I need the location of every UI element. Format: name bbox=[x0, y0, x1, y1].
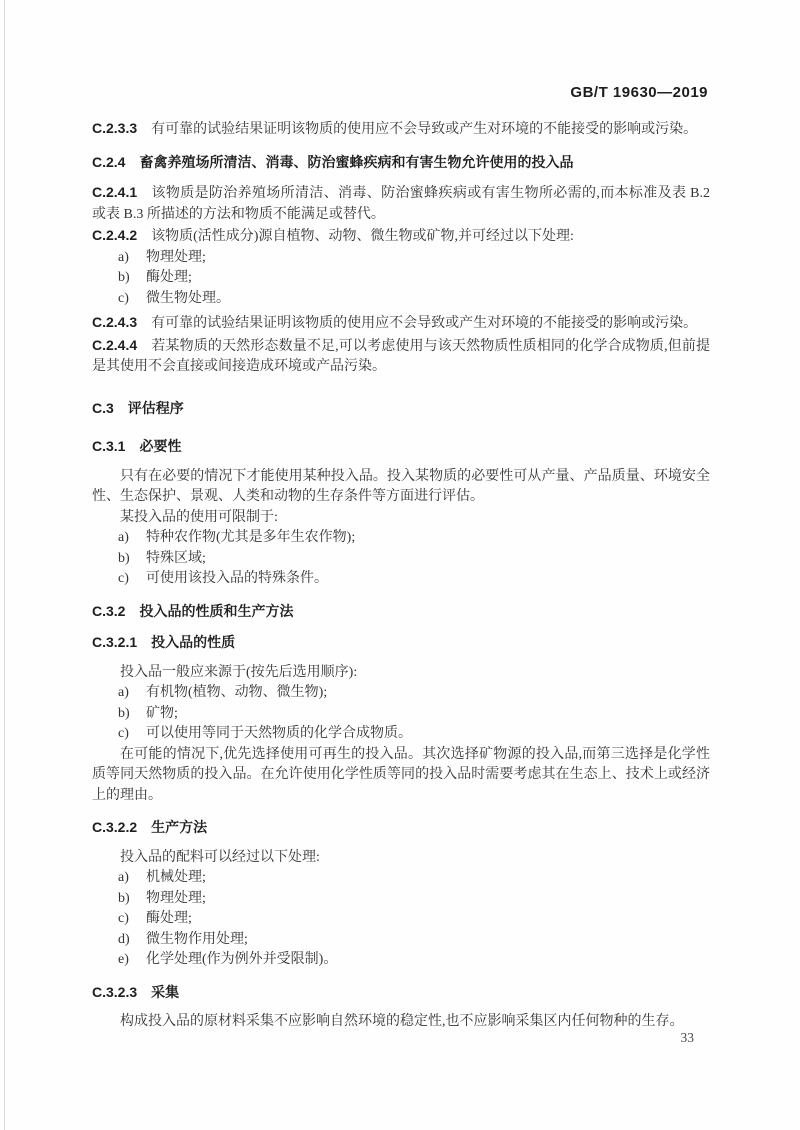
list-item: c)酶处理; bbox=[92, 909, 710, 930]
section-heading-c.3.1: C.3.1必要性 bbox=[92, 436, 710, 457]
list-item: c)可以使用等同于天然物质的化学合成物质。 bbox=[92, 724, 710, 745]
clause-number: C.2.4.4 bbox=[92, 337, 137, 353]
list-item-text: 酶处理; bbox=[146, 909, 710, 930]
ordered-letter-list: a)特种农作物(尤其是多年生农作物);b)特殊区域;c)可使用该投入品的特殊条件… bbox=[92, 528, 710, 590]
section-title: 生产方法 bbox=[151, 819, 207, 835]
section-number: C.3.2.3 bbox=[92, 984, 137, 1000]
section-number: C.2.4 bbox=[92, 154, 125, 170]
clause-text: 有可靠的试验结果证明该物质的使用应不会导致或产生对环境的不能接受的影响或污染。 bbox=[151, 122, 697, 137]
list-item-text: 微生物作用处理; bbox=[146, 930, 710, 951]
list-item: c)可使用该投入品的特殊条件。 bbox=[92, 569, 710, 590]
list-item: b)物理处理; bbox=[92, 889, 710, 910]
clause-number: C.2.4.3 bbox=[92, 314, 137, 330]
list-item-marker: a) bbox=[118, 868, 146, 889]
list-item-marker: c) bbox=[118, 909, 146, 930]
standard-number-header: GB/T 19630—2019 bbox=[570, 84, 708, 101]
list-item-text: 微生物处理。 bbox=[146, 289, 710, 310]
section-number: C.3 bbox=[92, 400, 114, 416]
section-number: C.3.1 bbox=[92, 438, 125, 454]
list-item: d)微生物作用处理; bbox=[92, 930, 710, 951]
list-item-text: 特殊区域; bbox=[146, 549, 710, 570]
section-title: 采集 bbox=[151, 984, 179, 1000]
list-item: a)机械处理; bbox=[92, 868, 710, 889]
list-item-text: 物理处理; bbox=[146, 889, 710, 910]
section-title: 必要性 bbox=[139, 438, 181, 454]
paragraph: 投入品的配料可以经过以下处理: bbox=[92, 848, 710, 869]
page-scan-edge bbox=[4, 0, 5, 1130]
clause-c.2.3.3: C.2.3.3有可靠的试验结果证明该物质的使用应不会导致或产生对环境的不能接受的… bbox=[92, 118, 710, 141]
document-body: C.2.3.3有可靠的试验结果证明该物质的使用应不会导致或产生对环境的不能接受的… bbox=[92, 118, 710, 1033]
section-number: C.3.2.1 bbox=[92, 634, 137, 650]
section-number: C.3.2 bbox=[92, 603, 125, 619]
list-item: e)化学处理(作为例外并受限制)。 bbox=[92, 950, 710, 971]
list-item-text: 物理处理; bbox=[146, 248, 710, 269]
ordered-letter-list: a)机械处理;b)物理处理;c)酶处理;d)微生物作用处理;e)化学处理(作为例… bbox=[92, 868, 710, 971]
list-item: a)特种农作物(尤其是多年生农作物); bbox=[92, 528, 710, 549]
ordered-letter-list: a)有机物(植物、动物、微生物);b)矿物;c)可以使用等同于天然物质的化学合成… bbox=[92, 683, 710, 745]
paragraph: 某投入品的使用可限制于: bbox=[92, 508, 710, 529]
list-item-text: 可使用该投入品的特殊条件。 bbox=[146, 569, 710, 590]
list-item-marker: c) bbox=[118, 724, 146, 745]
list-item-text: 特种农作物(尤其是多年生农作物); bbox=[146, 528, 710, 549]
clause-c.2.4.1: C.2.4.1该物质是防治养殖场所清洁、消毒、防治蜜蜂疾病或有害生物所必需的,而… bbox=[92, 182, 710, 225]
list-item: a)有机物(植物、动物、微生物); bbox=[92, 683, 710, 704]
section-heading-c.3.2.2: C.3.2.2生产方法 bbox=[92, 817, 710, 838]
list-item-marker: b) bbox=[118, 268, 146, 289]
section-heading-c.3.2: C.3.2投入品的性质和生产方法 bbox=[92, 601, 710, 622]
list-item-text: 矿物; bbox=[146, 704, 710, 725]
clause-text: 该物质是防治养殖场所清洁、消毒、防治蜜蜂疾病或有害生物所必需的,而本标准及表 B… bbox=[92, 186, 710, 222]
list-item: b)特殊区域; bbox=[92, 549, 710, 570]
clause-c.2.4.2: C.2.4.2该物质(活性成分)源自植物、动物、微生物或矿物,并可经过以下处理: bbox=[92, 225, 710, 248]
list-item-text: 可以使用等同于天然物质的化学合成物质。 bbox=[146, 724, 710, 745]
list-item: b)矿物; bbox=[92, 704, 710, 725]
list-item: b)酶处理; bbox=[92, 268, 710, 289]
list-item-marker: a) bbox=[118, 683, 146, 704]
list-item-text: 有机物(植物、动物、微生物); bbox=[146, 683, 710, 704]
section-title: 畜禽养殖场所清洁、消毒、防治蜜蜂疾病和有害生物允许使用的投入品 bbox=[139, 154, 573, 170]
section-title: 评估程序 bbox=[128, 400, 184, 416]
list-item: c)微生物处理。 bbox=[92, 289, 710, 310]
list-item-marker: a) bbox=[118, 528, 146, 549]
list-item: a)物理处理; bbox=[92, 248, 710, 269]
paragraph: 构成投入品的原材料采集不应影响自然环境的稳定性,也不应影响采集区内任何物种的生存… bbox=[92, 1012, 710, 1033]
section-title: 投入品的性质和生产方法 bbox=[139, 603, 293, 619]
list-item-marker: d) bbox=[118, 930, 146, 951]
document-page: GB/T 19630—2019 C.2.3.3有可靠的试验结果证明该物质的使用应… bbox=[0, 0, 800, 1130]
clause-text: 该物质(活性成分)源自植物、动物、微生物或矿物,并可经过以下处理: bbox=[151, 229, 574, 244]
clause-number: C.2.4.1 bbox=[92, 184, 137, 200]
list-item-marker: b) bbox=[118, 549, 146, 570]
clause-c.2.4.3: C.2.4.3有可靠的试验结果证明该物质的使用应不会导致或产生对环境的不能接受的… bbox=[92, 312, 710, 335]
section-heading-c.3.2.3: C.3.2.3采集 bbox=[92, 982, 710, 1003]
paragraph: 只有在必要的情况下才能使用某种投入品。投入某物质的必要性可从产量、产品质量、环境… bbox=[92, 467, 710, 508]
list-item-marker: c) bbox=[118, 569, 146, 590]
paragraph: 在可能的情况下,优先选择使用可再生的投入品。其次选择矿物源的投入品,而第三选择是… bbox=[92, 745, 710, 807]
clause-text: 若某物质的天然形态数量不足,可以考虑使用与该天然物质性质相同的化学合成物质,但前… bbox=[92, 339, 710, 375]
list-item-text: 酶处理; bbox=[146, 268, 710, 289]
list-item-marker: c) bbox=[118, 289, 146, 310]
list-item-marker: b) bbox=[118, 889, 146, 910]
list-item-marker: a) bbox=[118, 248, 146, 269]
list-item-marker: b) bbox=[118, 704, 146, 725]
clause-number: C.2.3.3 bbox=[92, 120, 137, 136]
list-item-text: 机械处理; bbox=[146, 868, 710, 889]
section-number: C.3.2.2 bbox=[92, 819, 137, 835]
section-heading-c.3: C.3评估程序 bbox=[92, 398, 710, 419]
list-item-text: 化学处理(作为例外并受限制)。 bbox=[146, 950, 710, 971]
clause-c.2.4.4: C.2.4.4若某物质的天然形态数量不足,可以考虑使用与该天然物质性质相同的化学… bbox=[92, 335, 710, 378]
list-item-marker: e) bbox=[118, 950, 146, 971]
ordered-letter-list: a)物理处理;b)酶处理;c)微生物处理。 bbox=[92, 248, 710, 310]
page-number: 33 bbox=[681, 1030, 695, 1046]
section-title: 投入品的性质 bbox=[151, 634, 235, 650]
paragraph: 投入品一般应来源于(按先后选用顺序): bbox=[92, 663, 710, 684]
clause-text: 有可靠的试验结果证明该物质的使用应不会导致或产生对环境的不能接受的影响或污染。 bbox=[151, 316, 697, 331]
clause-number: C.2.4.2 bbox=[92, 227, 137, 243]
section-heading-c.3.2.1: C.3.2.1投入品的性质 bbox=[92, 632, 710, 653]
section-heading-c.2.4: C.2.4畜禽养殖场所清洁、消毒、防治蜜蜂疾病和有害生物允许使用的投入品 bbox=[92, 152, 710, 173]
